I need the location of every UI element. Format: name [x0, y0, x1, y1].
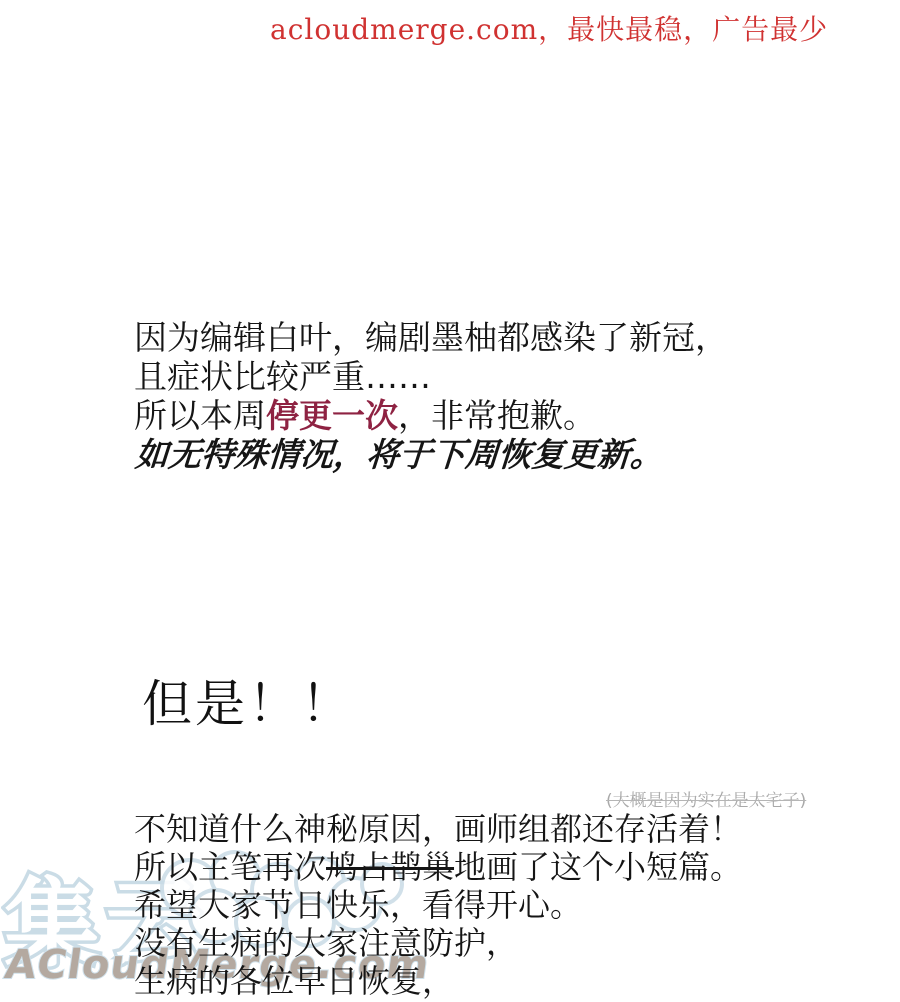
postscript-line-3: 希望大家节日快乐，看得开心。 [134, 886, 742, 924]
notice-line-4: 如无特殊情况，将于下周恢复更新。 [134, 435, 728, 474]
interjection-text: 但是！！ [142, 664, 354, 736]
notice-line-3-suffix: ，非常抱歉。 [398, 396, 596, 435]
postscript-line-1: 不知道什么神秘原因，画师组都还存活着！ [134, 810, 742, 848]
notice-line-1: 因为编辑白叶，编剧墨柚都感染了新冠， [134, 318, 728, 357]
announcement-page: 集云 集云 ACloudMerge.com acloudmerge.com，最快… [0, 0, 900, 1002]
postscript-line-2-prefix: 所以主笔再次 [134, 848, 326, 886]
postscript-line-2: 所以主笔再次鸠占鹊巢地画了这个小短篇。 [134, 848, 742, 886]
notice-hiatus-highlight: 停更一次 [266, 396, 398, 435]
notice-line-3-prefix: 所以本周 [134, 396, 266, 435]
notice-resume-vow: 如无特殊情况，将于下周恢复更新。 [134, 435, 665, 474]
notice-line-3: 所以本周停更一次，非常抱歉。 [134, 396, 728, 435]
postscript: 不知道什么神秘原因，画师组都还存活着！ 所以主笔再次鸠占鹊巢地画了这个小短篇。 … [134, 810, 742, 1000]
postscript-line-4: 没有生病的大家注意防护， [134, 924, 742, 962]
notice-line-2: 且症状比较严重…… [134, 357, 728, 396]
postscript-line-2-suffix: 地画了这个小短篇。 [454, 848, 742, 886]
hiatus-notice: 因为编辑白叶，编剧墨柚都感染了新冠， 且症状比较严重…… 所以本周停更一次，非常… [134, 318, 728, 474]
postscript-line-5: 生病的各位早日恢复， [134, 962, 742, 1000]
postscript-struck-idiom: 鸠占鹊巢 [326, 848, 454, 886]
site-header-text: acloudmerge.com，最快最稳，广告最少 [270, 8, 828, 48]
aside-note-text: (大概是因为实在是太宅子) [606, 786, 806, 811]
